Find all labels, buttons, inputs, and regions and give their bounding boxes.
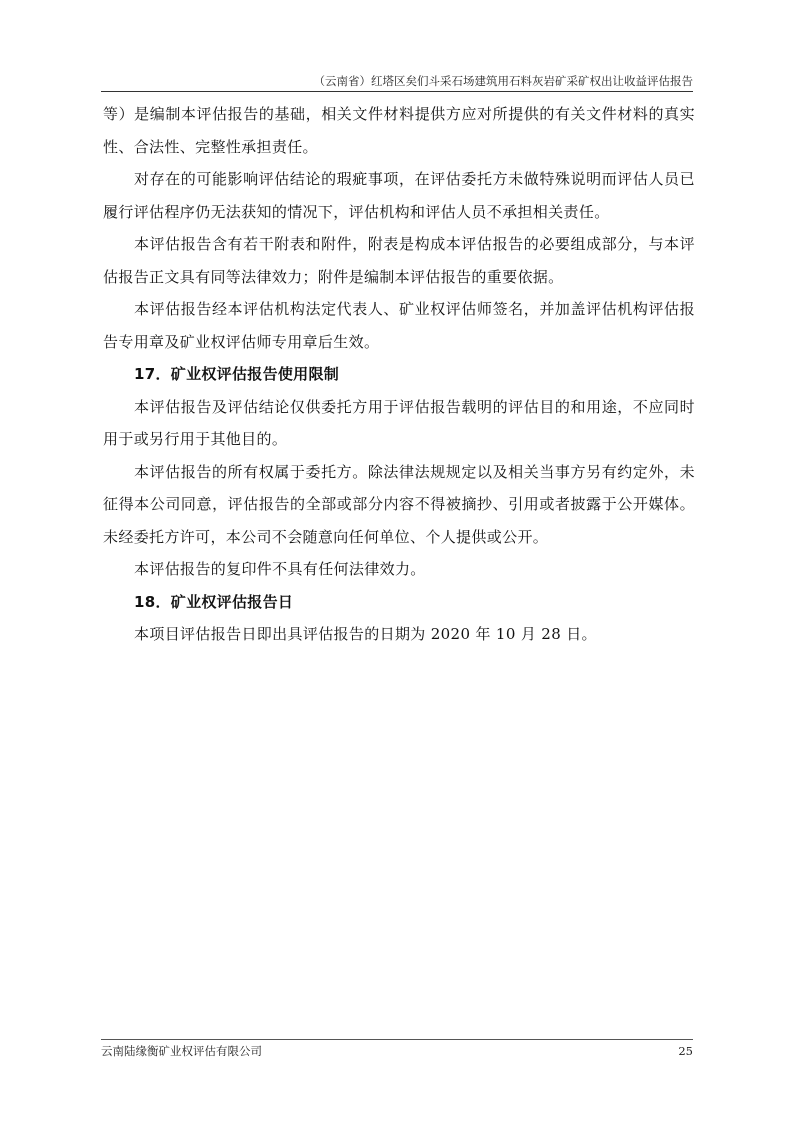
document-body: 等）是编制本评估报告的基础，相关文件材料提供方应对所提供的有关文件材料的真实性、… <box>103 98 695 651</box>
paragraph-attachments: 本评估报告含有若干附表和附件，附表是构成本评估报告的必要组成部分，与本评估报告正… <box>103 228 695 293</box>
page-number: 25 <box>678 1042 693 1060</box>
paragraph-validity: 本评估报告经本评估机构法定代表人、矿业权评估师签名，并加盖评估机构评估报告专用章… <box>103 293 695 358</box>
paragraph-ownership: 本评估报告的所有权属于委托方。除法律法规规定以及相关当事方另有约定外，未征得本公… <box>103 456 695 554</box>
section-heading-17: 17．矿业权评估报告使用限制 <box>103 358 695 391</box>
footer-company: 云南陆缘衡矿业权评估有限公司 <box>101 1042 262 1060</box>
paragraph-defects-disclaimer: 对存在的可能影响评估结论的瑕疵事项，在评估委托方未做特殊说明而评估人员已履行评估… <box>103 163 695 228</box>
page-footer: 云南陆缘衡矿业权评估有限公司 25 <box>101 1039 693 1060</box>
paragraph-usage-limit: 本评估报告及评估结论仅供委托方用于评估报告载明的评估目的和用途，不应同时用于或另… <box>103 391 695 456</box>
page-header: （云南省）红塔区矣们斗采石场建筑用石料灰岩矿采矿权出让收益评估报告 <box>101 72 693 92</box>
paragraph-report-date: 本项目评估报告日即出具评估报告的日期为 2020 年 10 月 28 日。 <box>103 618 695 651</box>
section-heading-18: 18．矿业权评估报告日 <box>103 586 695 619</box>
paragraph-copy-validity: 本评估报告的复印件不具有任何法律效力。 <box>103 553 695 586</box>
header-title: （云南省）红塔区矣们斗采石场建筑用石料灰岩矿采矿权出让收益评估报告 <box>314 74 694 88</box>
paragraph-continuation: 等）是编制本评估报告的基础，相关文件材料提供方应对所提供的有关文件材料的真实性、… <box>103 98 695 163</box>
